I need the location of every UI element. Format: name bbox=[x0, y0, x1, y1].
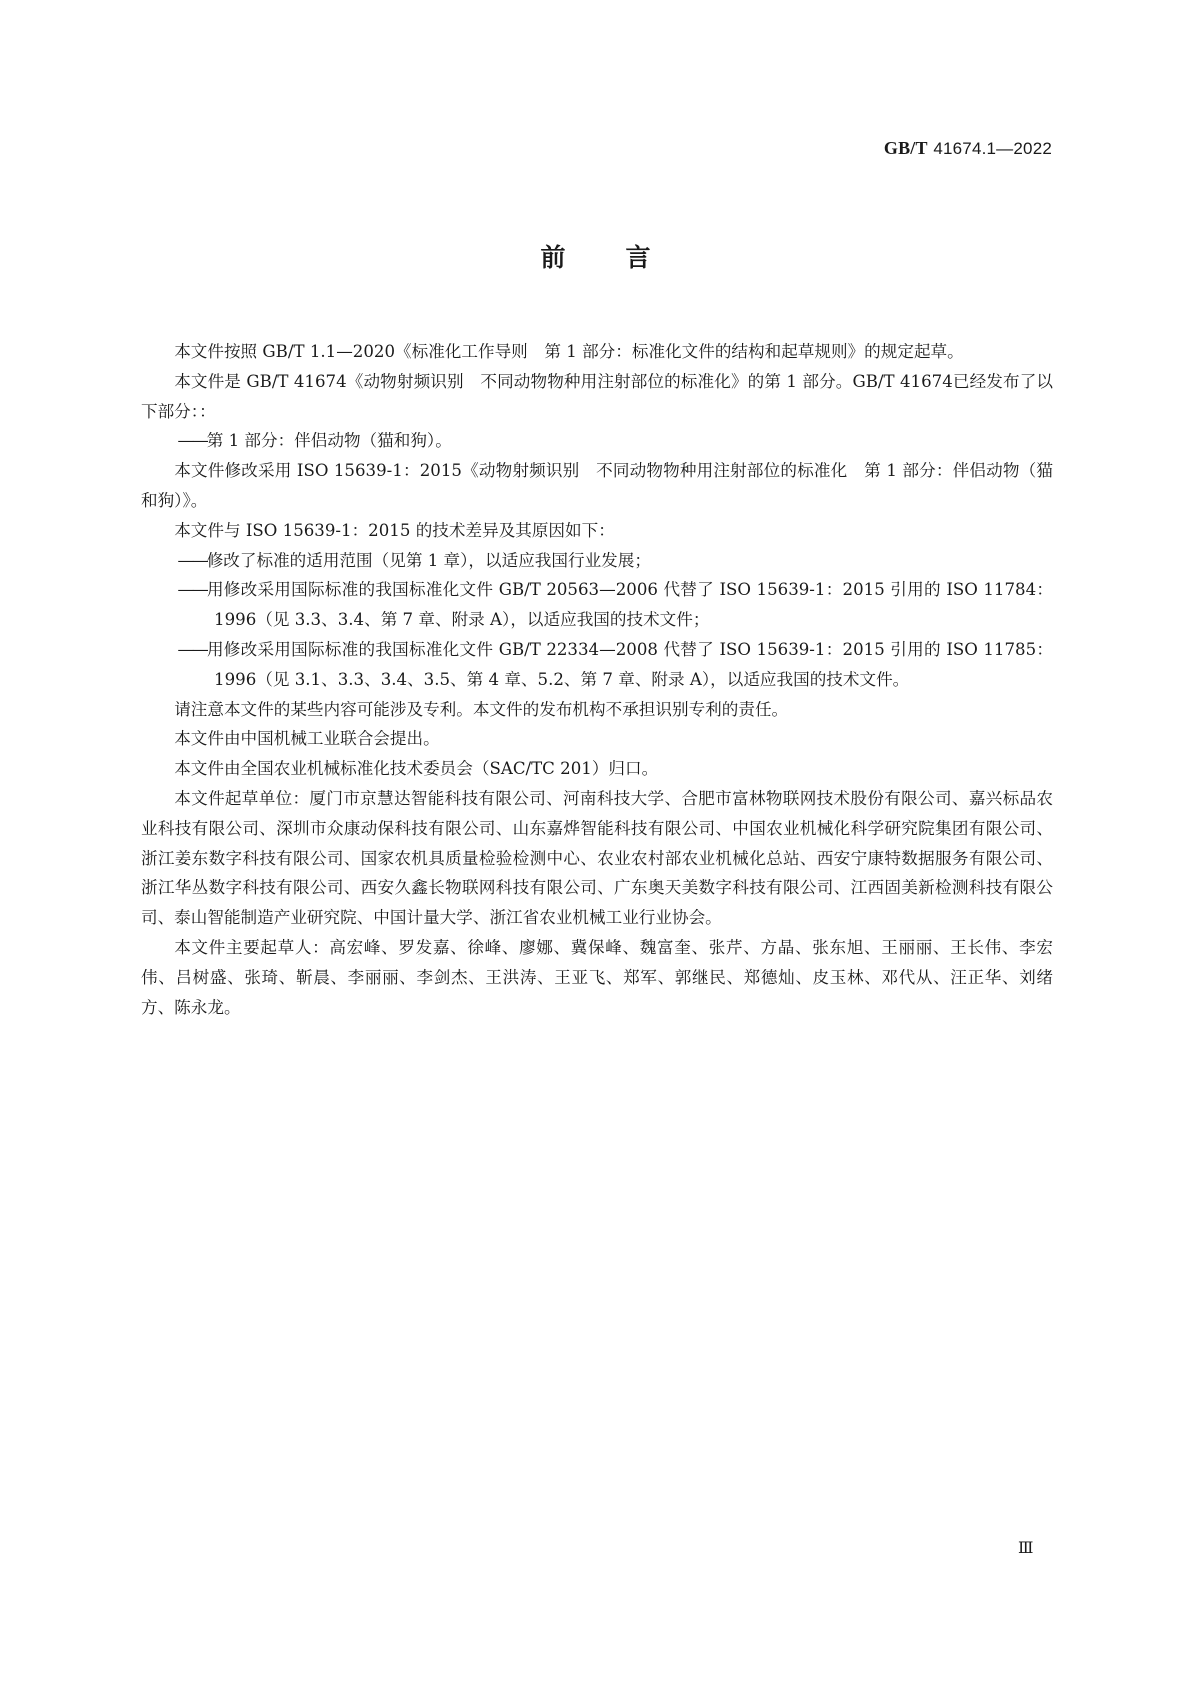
standard-number: 41674.1—2022 bbox=[933, 139, 1052, 158]
standard-prefix: GB/T bbox=[884, 138, 928, 158]
dash-mark: —— bbox=[178, 551, 207, 570]
paragraph-drafting-rules: 本文件按照 GB/T 1.1—2020《标准化工作导则 第 1 部分：标准化文件… bbox=[141, 337, 1053, 367]
paragraph-drafters: 本文件主要起草人：高宏峰、罗发嘉、徐峰、廖娜、冀保峰、魏富奎、张芹、方晶、张东旭… bbox=[141, 933, 1053, 1022]
list-item-text: 用修改采用国际标准的我国标准化文件 GB/T 22334—2008 代替了 IS… bbox=[207, 640, 1053, 689]
list-item-difference-scope: ——修改了标准的适用范围（见第 1 章），以适应我国行业发展； bbox=[141, 546, 1053, 576]
list-item-part-1: ——第 1 部分：伴侣动物（猫和狗）。 bbox=[141, 426, 1053, 456]
paragraph-drafting-units: 本文件起草单位：厦门市京慧达智能科技有限公司、河南科技大学、合肥市富林物联网技术… bbox=[141, 784, 1053, 933]
foreword-body: 本文件按照 GB/T 1.1—2020《标准化工作导则 第 1 部分：标准化文件… bbox=[141, 337, 1053, 1022]
paragraph-adoption: 本文件修改采用 ISO 15639-1：2015《动物射频识别 不同动物物种用注… bbox=[141, 456, 1053, 516]
list-item-text: 修改了标准的适用范围（见第 1 章），以适应我国行业发展； bbox=[207, 551, 651, 570]
paragraph-series-part: 本文件是 GB/T 41674《动物射频识别 不同动物物种用注射部位的标准化》的… bbox=[141, 367, 1053, 427]
dash-mark: —— bbox=[178, 640, 207, 659]
dash-mark: —— bbox=[178, 431, 207, 450]
page-number: Ⅲ bbox=[1018, 1538, 1033, 1557]
paragraph-committee: 本文件由全国农业机械标准化技术委员会（SAC/TC 201）归口。 bbox=[141, 754, 1053, 784]
dash-mark: —— bbox=[178, 580, 207, 599]
list-item-text: 用修改采用国际标准的我国标准化文件 GB/T 20563—2006 代替了 IS… bbox=[207, 580, 1053, 629]
standard-code: GB/T 41674.1—2022 bbox=[884, 138, 1052, 159]
page-title: 前言 bbox=[0, 238, 1191, 274]
paragraph-patent-notice: 请注意本文件的某些内容可能涉及专利。本文件的发布机构不承担识别专利的责任。 bbox=[141, 695, 1053, 725]
paragraph-differences-intro: 本文件与 ISO 15639-1：2015 的技术差异及其原因如下： bbox=[141, 516, 1053, 546]
paragraph-proposer: 本文件由中国机械工业联合会提出。 bbox=[141, 724, 1053, 754]
list-item-text: 第 1 部分：伴侣动物（猫和狗）。 bbox=[207, 431, 452, 450]
list-item-difference-gbt20563: ——用修改采用国际标准的我国标准化文件 GB/T 20563—2006 代替了 … bbox=[141, 575, 1053, 635]
list-item-difference-gbt22334: ——用修改采用国际标准的我国标准化文件 GB/T 22334—2008 代替了 … bbox=[141, 635, 1053, 695]
